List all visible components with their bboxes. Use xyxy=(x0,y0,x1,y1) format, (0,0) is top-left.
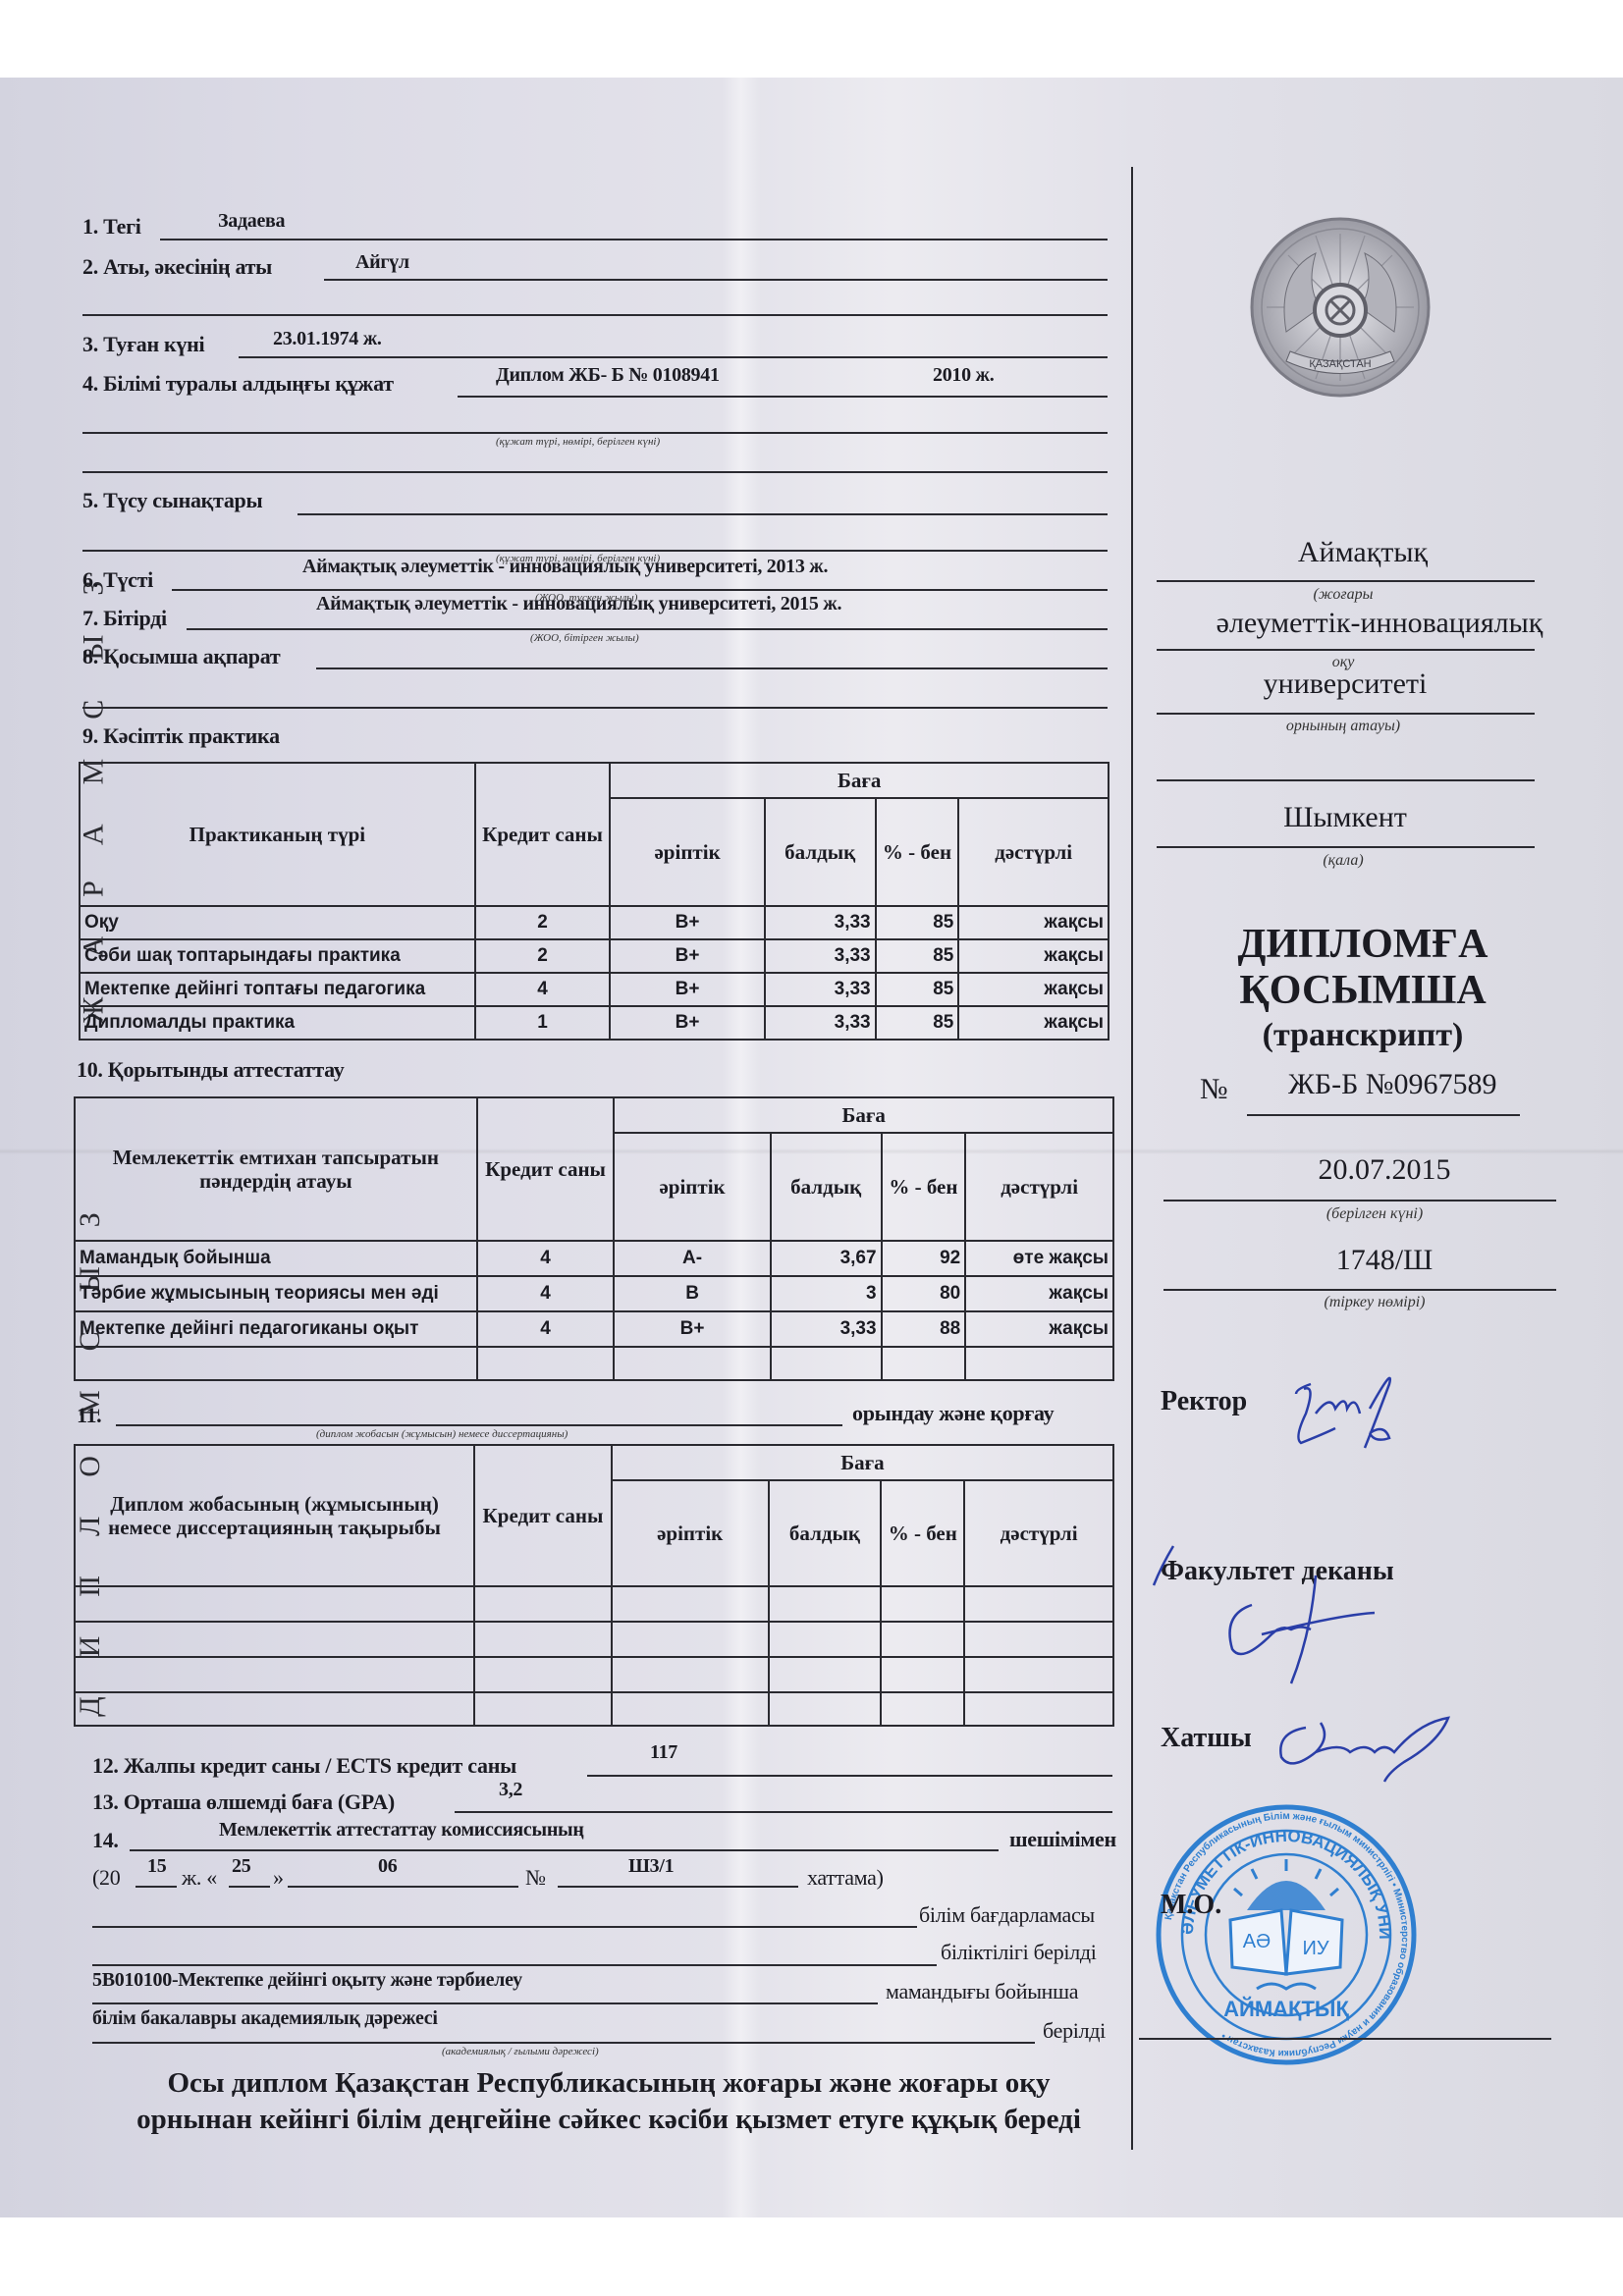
university-line-1: Аймақтық xyxy=(1157,536,1569,569)
practice-table: Практиканың түрі Кредит саны Баға әріпті… xyxy=(79,762,1109,1041)
degree-suffix: берілді xyxy=(1043,2018,1106,2044)
surname-label: 1. Тегі xyxy=(82,214,141,240)
protocol-no: № xyxy=(525,1865,546,1891)
prev-doc-value: Диплом ЖБ- Б № 0108941 xyxy=(496,364,720,387)
seal-label: М.О. xyxy=(1161,1890,1221,1921)
table-row: Тәрбие жұмысының теориясы мен әді4B380жа… xyxy=(75,1276,1113,1311)
protocol-day-suffix: » xyxy=(273,1865,284,1891)
university-stamp: Қазақстан Республикасының Білім және ғыл… xyxy=(1154,1802,1419,2067)
attestation-table: Мемлекеттік емтихан тапсыратын пәндердің… xyxy=(74,1096,1114,1381)
dean-signature xyxy=(1144,1536,1399,1708)
attestation-title: 10. Қорытынды аттестаттау xyxy=(77,1057,344,1083)
registration-number: 1748/Ш xyxy=(1178,1244,1591,1277)
transcript-number: ЖБ-Б №0967589 xyxy=(1288,1068,1496,1101)
university-line-3: университеті xyxy=(1139,667,1551,701)
svg-text:АЙМАҚТЫҚ: АЙМАҚТЫҚ xyxy=(1223,1997,1349,2021)
transcript-title-2: ҚОСЫМША xyxy=(1157,967,1569,1014)
university-hint-1: (жоғары xyxy=(1157,586,1530,604)
university-hint-3: орнының атауы) xyxy=(1157,718,1530,735)
name-value: Айгүл xyxy=(355,251,409,274)
name-label: 2. Аты, әкесінің аты xyxy=(82,254,272,280)
degree-value: білім бакалавры академиялық дәрежесі xyxy=(92,2007,438,2030)
total-credits-value: 117 xyxy=(650,1741,677,1764)
table-row xyxy=(75,1347,1113,1380)
protocol-year: 15 xyxy=(147,1855,166,1878)
graduated-hint: (ЖОО, бітірген жылы) xyxy=(530,632,639,644)
header-credits: Кредит саны xyxy=(475,763,611,906)
header-grade: Баға xyxy=(612,1445,1113,1480)
issue-date-hint: (берілген күні) xyxy=(1188,1205,1561,1223)
footer-line-1: Осы диплом Қазақстан Республикасының жоғ… xyxy=(93,2065,1124,2101)
table-row xyxy=(75,1657,1113,1692)
qualification-suffix: біліктілігі берілді xyxy=(941,1940,1097,1965)
graduated-label: 7. Бітірді xyxy=(82,606,167,631)
number-label: № xyxy=(1200,1073,1228,1106)
gpa-label: 13. Орташа өлшемді баға (GPA) xyxy=(92,1789,395,1815)
header-percent: % - бен xyxy=(881,1480,964,1586)
header-credits: Кредит саны xyxy=(474,1445,612,1586)
birth-label: 3. Туған күні xyxy=(82,332,204,357)
table-row: Сәби шақ топтарындағы практика2B+3,3385ж… xyxy=(80,939,1109,973)
header-letter: әріптік xyxy=(614,1133,770,1241)
header-grade: Баға xyxy=(610,763,1109,798)
header-traditional: дәстүрлі xyxy=(964,1480,1113,1586)
footer-line-2: орнынан кейінгі білім деңгейіне сәйкес к… xyxy=(93,2102,1124,2137)
table-row: Оқу2B+3,3385жақсы xyxy=(80,906,1109,939)
table-row xyxy=(75,1586,1113,1622)
header-credits: Кредит саны xyxy=(477,1097,615,1241)
extra-label: 8. Қосымша ақпарат xyxy=(82,644,280,669)
table-row xyxy=(75,1622,1113,1657)
svg-text:ҚАЗАҚСТАН: ҚАЗАҚСТАН xyxy=(1309,358,1371,370)
city-value: Шымкент xyxy=(1139,801,1551,834)
protocol-prefix: (20 xyxy=(92,1865,120,1891)
thesis-hint: (диплом жобасын (жұмысын) немесе диссерт… xyxy=(316,1428,568,1440)
program-suffix: білім бағдарламасы xyxy=(919,1902,1095,1928)
rector-signature xyxy=(1276,1355,1424,1468)
thesis-table: Диплом жобасының (жұмысының) немесе дисс… xyxy=(74,1444,1114,1727)
header-points: балдық xyxy=(769,1480,882,1586)
total-credits-label: 12. Жалпы кредит саны / ECTS кредит саны xyxy=(92,1753,516,1779)
secretary-label: Хатшы xyxy=(1161,1723,1252,1754)
header-points: балдық xyxy=(771,1133,882,1241)
protocol-number: Ш3/1 xyxy=(628,1855,674,1878)
svg-text:ИУ: ИУ xyxy=(1302,1938,1328,1959)
specialty-suffix: мамандығы бойынша xyxy=(886,1979,1078,2004)
transcript-title-1: ДИПЛОМҒА xyxy=(1157,921,1569,968)
registration-number-hint: (тіркеу нөмірі) xyxy=(1188,1294,1561,1311)
commission-value: Мемлекеттік аттестаттау комиссиясының xyxy=(219,1819,584,1842)
rector-label: Ректор xyxy=(1161,1386,1247,1417)
gpa-value: 3,2 xyxy=(499,1779,522,1801)
protocol-month: 06 xyxy=(378,1855,397,1878)
university-line-2: әлеуметтік-инновациялық xyxy=(1173,607,1586,640)
surname-value: Задаева xyxy=(218,210,285,233)
header-letter: әріптік xyxy=(612,1480,769,1586)
birth-value: 23.01.1974 ж. xyxy=(273,328,382,350)
header-practice-type: Практиканың түрі xyxy=(80,763,475,906)
graduated-value: Аймақтық әлеуметтік - инновациялық униве… xyxy=(316,593,841,615)
prev-doc-hint: (құжат түрі, нөмірі, берілген күні) xyxy=(496,436,660,448)
table-row xyxy=(75,1692,1113,1726)
commission-suffix: шешімімен xyxy=(1009,1827,1116,1852)
secretary-signature xyxy=(1271,1703,1468,1796)
kazakhstan-emblem-icon: ҚАЗАҚСТАН xyxy=(1247,214,1434,400)
svg-text:АӘ: АӘ xyxy=(1243,1931,1271,1952)
table-row: Мамандық бойынша4A-3,6792өте жақсы xyxy=(75,1241,1113,1276)
issue-date: 20.07.2015 xyxy=(1178,1153,1591,1187)
entered-label: 6. Түсті xyxy=(82,567,153,593)
protocol-day: 25 xyxy=(232,1855,250,1878)
header-thesis-topic: Диплом жобасының (жұмысының) немесе дисс… xyxy=(75,1445,474,1586)
degree-hint: (академиялық / ғылыми дәрежесі) xyxy=(442,2046,599,2057)
commission-label: 14. xyxy=(92,1828,119,1853)
thesis-number: 11. xyxy=(77,1403,101,1428)
header-exam-subject: Мемлекеттік емтихан тапсыратын пәндердің… xyxy=(75,1097,477,1241)
header-percent: % - бен xyxy=(882,1133,966,1241)
thesis-suffix: орындау және қорғау xyxy=(852,1401,1054,1426)
svg-text:Қазақстан Республикасының Білі: Қазақстан Республикасының Білім және ғыл… xyxy=(1163,1811,1410,2058)
header-letter: әріптік xyxy=(610,798,765,906)
header-traditional: дәстүрлі xyxy=(965,1133,1113,1241)
header-points: балдық xyxy=(765,798,876,906)
entrance-label: 5. Түсу сынақтары xyxy=(82,488,262,513)
header-percent: % - бен xyxy=(876,798,959,906)
prev-doc-year: 2010 ж. xyxy=(933,364,994,387)
city-hint: (қала) xyxy=(1157,852,1530,870)
transcript-title-3: (транскрипт) xyxy=(1157,1017,1569,1054)
table-row: Мектепке дейінгі педагогиканы оқыт4B+3,3… xyxy=(75,1311,1113,1347)
protocol-suffix: хаттама) xyxy=(807,1865,884,1891)
specialty-value: 5В010100-Мектепке дейінгі оқыту және тәр… xyxy=(92,1969,522,1992)
table-row: Мектепке дейінгі топтағы педагогика4B+3,… xyxy=(80,973,1109,1006)
header-traditional: дәстүрлі xyxy=(958,798,1109,906)
prev-doc-label: 4. Білімі туралы алдыңғы құжат xyxy=(82,371,394,397)
protocol-year-suffix: ж. « xyxy=(182,1865,217,1891)
table-row: Дипломалды практика1B+3,3385жақсы xyxy=(80,1006,1109,1040)
practice-title: 9. Кәсіптік практика xyxy=(82,723,280,749)
entered-value: Аймақтық әлеуметтік - инновациялық униве… xyxy=(302,556,828,578)
panel-divider xyxy=(1131,167,1133,2150)
header-grade: Баға xyxy=(614,1097,1113,1133)
